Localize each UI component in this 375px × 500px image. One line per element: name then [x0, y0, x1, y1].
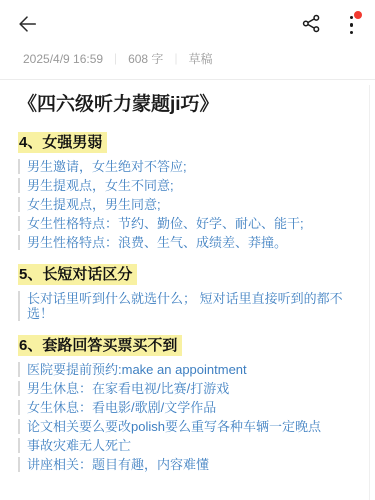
section-heading: 6、套路回答买票买不到 [18, 336, 357, 356]
more-options-button[interactable] [342, 12, 362, 39]
section-heading-highlight: 4、女强男弱 [18, 132, 107, 153]
note-status-badge: 草稿 [188, 50, 212, 67]
scrollbar-track [369, 85, 370, 500]
note-section: 6、套路回答买票买不到 医院要提前预约:make an appointment男… [18, 336, 357, 472]
top-bar [0, 0, 375, 50]
share-icon [301, 13, 322, 37]
section-quotes: 医院要提前预约:make an appointment男生休息：在家看电视/比赛… [18, 362, 357, 472]
section-quotes: 男生邀请，女生绝对不答应;男生提观点，女生不同意;女生提观点，男生同意;女生性格… [18, 159, 357, 250]
kebab-dot [350, 23, 354, 27]
quote-line: 女生休息：看电影/歌剧/文学作品 [18, 400, 357, 415]
quote-line: 女生性格特点：节约、勤俭、好学、耐心、能干; [18, 216, 357, 231]
note-meta-row: 2025/4/9 16:59 ｜ 608 字 ｜ 草稿 [0, 50, 375, 80]
quote-line: 讲座相关：题目有趣，内容难懂 [18, 457, 357, 472]
kebab-dot [350, 31, 354, 35]
note-datetime: 2025/4/9 16:59 [23, 52, 103, 66]
quote-line: 长对话里听到什么就选什么； 短对话里直接听到的都不选！ [18, 291, 357, 321]
top-actions [297, 9, 362, 41]
quote-line: 医院要提前预约:make an appointment [18, 362, 357, 377]
note-content[interactable]: 《四六级听力蒙题ji巧》 4、女强男弱 男生邀请，女生绝对不答应;男生提观点，女… [0, 80, 375, 472]
note-draft-screen: 2025/4/9 16:59 ｜ 608 字 ｜ 草稿 《四六级听力蒙题ji巧》… [0, 0, 375, 500]
section-quotes: 长对话里听到什么就选什么； 短对话里直接听到的都不选！ [18, 291, 357, 321]
back-button[interactable] [12, 9, 42, 42]
note-title: 《四六级听力蒙题ji巧》 [18, 92, 357, 118]
quote-line: 男生邀请，女生绝对不答应; [18, 159, 357, 174]
note-word-count: 608 字 [128, 50, 163, 67]
meta-separator: ｜ [170, 51, 181, 67]
quote-line: 女生提观点，男生同意; [18, 197, 357, 212]
quote-line: 论文相关要么要改polish要么重写各种车辆一定晚点 [18, 419, 357, 434]
note-section: 4、女强男弱 男生邀请，女生绝对不答应;男生提观点，女生不同意;女生提观点，男生… [18, 133, 357, 250]
quote-line: 男生提观点，女生不同意; [18, 178, 357, 193]
section-heading-highlight: 5、长短对话区分 [18, 264, 137, 285]
quote-line: 男生性格特点：浪费、生气、成绩差、莽撞。 [18, 235, 357, 250]
notification-dot [354, 11, 362, 19]
quote-line: 事故灾难无人死亡 [18, 438, 357, 453]
kebab-dot [350, 16, 354, 20]
back-arrow-icon [16, 13, 38, 38]
note-section: 5、长短对话区分 长对话里听到什么就选什么； 短对话里直接听到的都不选！ [18, 265, 357, 321]
share-button[interactable] [297, 9, 326, 41]
meta-separator: ｜ [110, 51, 121, 67]
section-heading: 4、女强男弱 [18, 133, 357, 153]
section-heading-highlight: 6、套路回答买票买不到 [18, 335, 182, 356]
note-sections: 4、女强男弱 男生邀请，女生绝对不答应;男生提观点，女生不同意;女生提观点，男生… [18, 133, 357, 472]
quote-line: 男生休息：在家看电视/比赛/打游戏 [18, 381, 357, 396]
section-heading: 5、长短对话区分 [18, 265, 357, 285]
